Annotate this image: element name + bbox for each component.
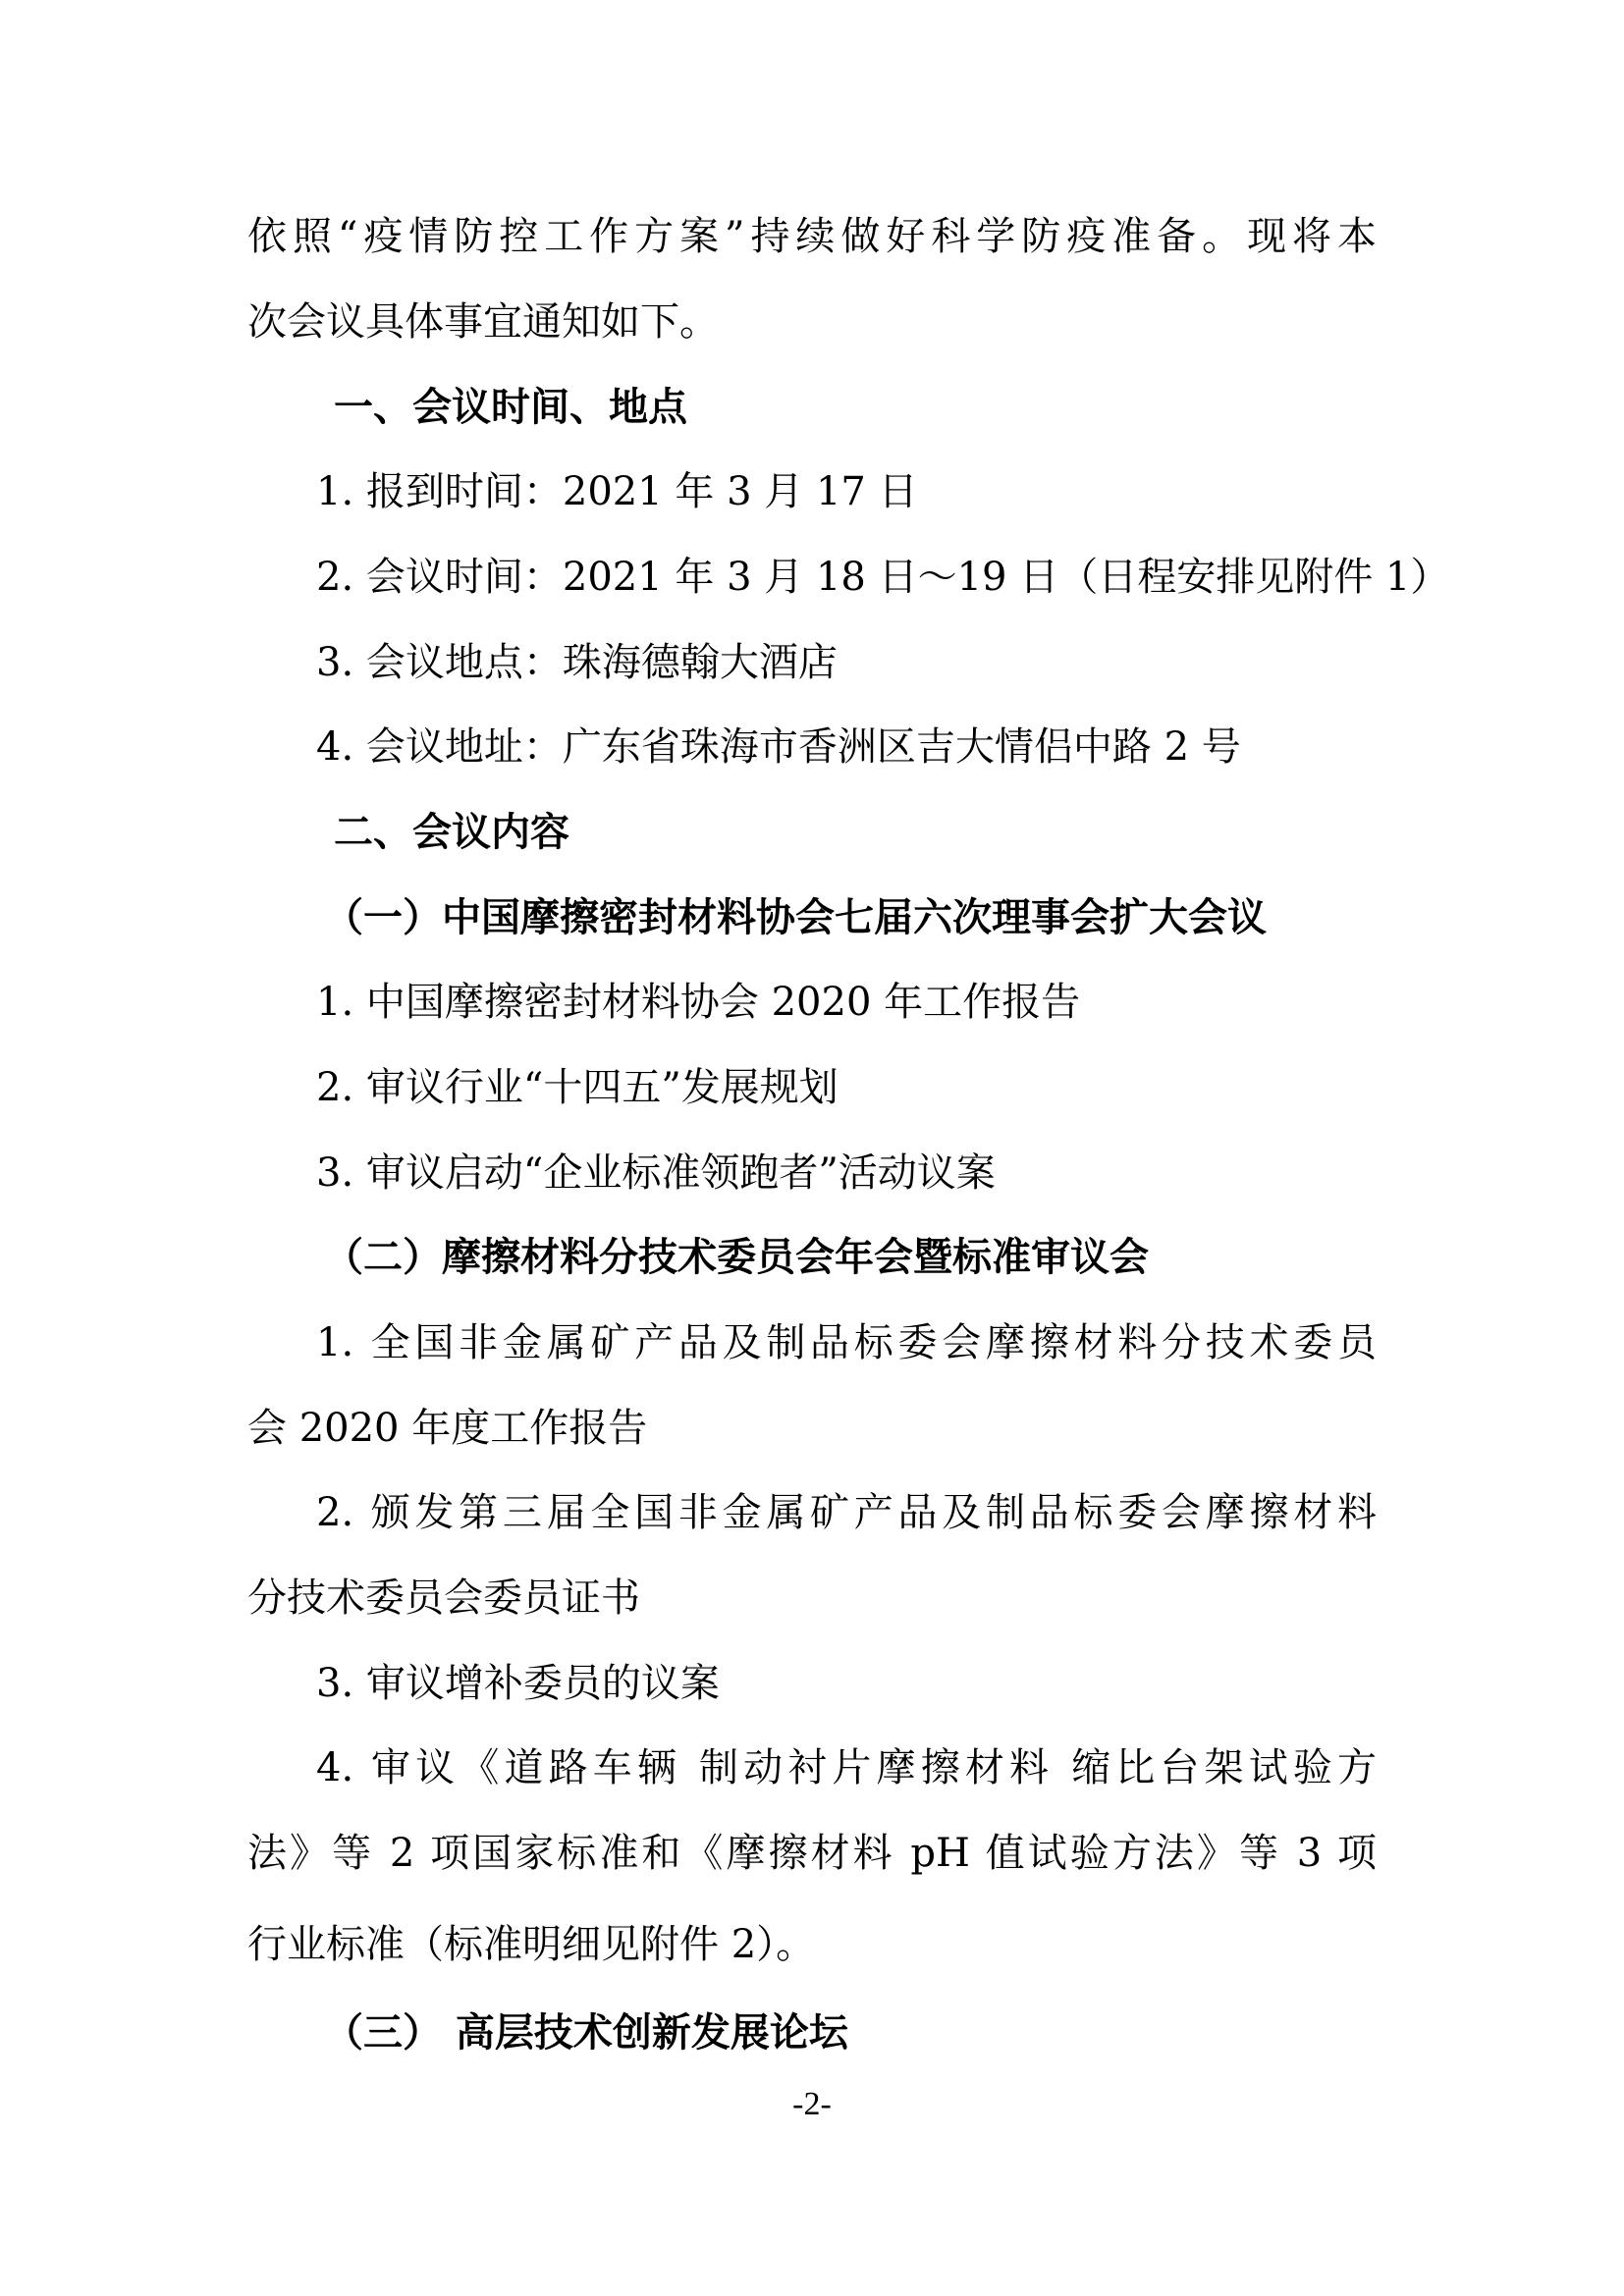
- list-item-continuation: 会 2020 年度工作报告: [247, 1404, 647, 1453]
- subsection-heading-technical-committee: （二）摩擦材料分技术委员会年会暨标准审议会: [324, 1233, 1149, 1282]
- subsection-heading-forum: （三） 高层技术创新发展论坛: [324, 2008, 848, 2057]
- page-number: -2-: [0, 2085, 1624, 2124]
- list-item-registration-time: 1. 报到时间：2021 年 3 月 17 日: [316, 467, 918, 516]
- list-item-meeting-time: 2. 会议时间：2021 年 3 月 18 日～19 日（日程安排见附件 1）: [316, 553, 1449, 602]
- list-item: 2. 审议行业“十四五”发展规划: [316, 1063, 839, 1112]
- intro-line-2: 次会议具体事宜通知如下。: [247, 297, 719, 347]
- list-item: 3. 审议启动“企业标准领跑者”活动议案: [316, 1148, 996, 1198]
- list-item: 4. 审议《道路车辆 制动衬片摩擦材料 缩比台架试验方: [316, 1743, 1377, 1792]
- intro-line-1: 依照“疫情防控工作方案”持续做好科学防疫准备。现将本: [247, 212, 1377, 261]
- subsection-heading-council-meeting: （一）中国摩擦密封材料协会七届六次理事会扩大会议: [324, 893, 1267, 942]
- list-item-meeting-address: 4. 会议地址：广东省珠海市香洲区吉大情侣中路 2 号: [316, 722, 1241, 772]
- list-item: 1. 中国摩擦密封材料协会 2020 年工作报告: [316, 978, 1080, 1027]
- section-heading-meeting-content: 二、会议内容: [334, 808, 569, 857]
- section-heading-time-location: 一、会议时间、地点: [334, 383, 687, 432]
- list-item-continuation: 分技术委员会委员证书: [247, 1574, 640, 1623]
- document-page: 依照“疫情防控工作方案”持续做好科学防疫准备。现将本 次会议具体事宜通知如下。 …: [0, 0, 1624, 2296]
- list-item: 3. 审议增补委员的议案: [316, 1659, 720, 1708]
- list-item: 1. 全国非金属矿产品及制品标委会摩擦材料分技术委员: [316, 1318, 1377, 1367]
- list-item-continuation: 法》等 2 项国家标准和《摩擦材料 pH 值试验方法》等 3 项: [247, 1829, 1377, 1878]
- list-item-continuation: 行业标准（标准明细见附件 2）。: [247, 1920, 815, 1969]
- list-item: 2. 颁发第三届全国非金属矿产品及制品标委会摩擦材料: [316, 1488, 1377, 1537]
- list-item-meeting-venue: 3. 会议地点：珠海德翰大酒店: [316, 638, 838, 687]
